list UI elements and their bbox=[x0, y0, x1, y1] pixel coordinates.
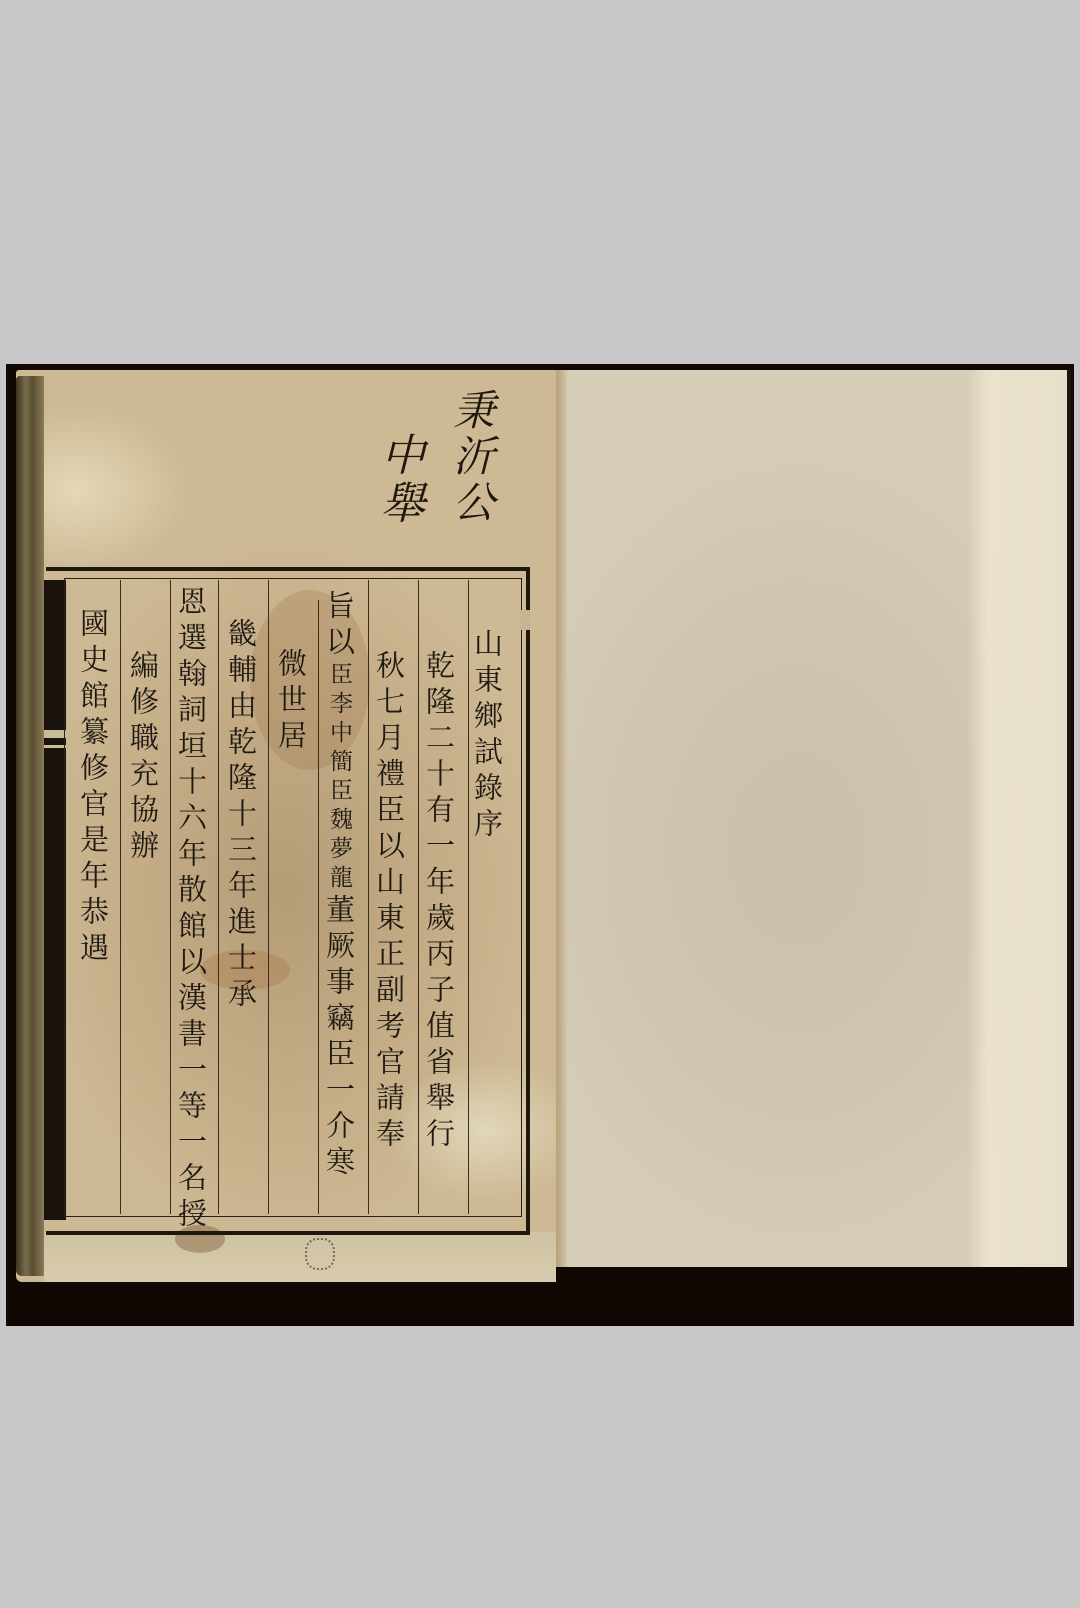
text-column-7: 編修職充協辦 bbox=[128, 650, 157, 866]
official-names: 臣李中簡臣魏夢龍 bbox=[326, 662, 352, 894]
column-rule bbox=[170, 580, 171, 1214]
raised-word: 旨以 bbox=[322, 590, 356, 662]
text-column-5: 畿輔由乾隆十三年進士承 bbox=[226, 618, 255, 1014]
handwritten-inscription: 秉沂公 中舉 bbox=[370, 380, 510, 550]
book-fore-edge bbox=[16, 376, 44, 1276]
worm-hole-mark bbox=[305, 1238, 335, 1270]
column-rule bbox=[318, 600, 319, 1214]
text-column-6: 恩選翰詞垣十六年散館以漢書一等一名授 bbox=[176, 586, 205, 1234]
text-column-3: 旨以臣李中簡臣魏夢龍董厥事竊臣一介寒 bbox=[324, 590, 353, 1182]
column-rule bbox=[120, 580, 121, 1214]
bottom-margin bbox=[44, 1232, 556, 1282]
right-blank-page bbox=[556, 370, 1069, 1267]
preface-title: 山東鄉試錄序 bbox=[472, 628, 501, 844]
text-column-4: 微世居 bbox=[276, 648, 305, 756]
text-column-2: 秋七月禮臣以山東正副考官請奉 bbox=[374, 650, 403, 1154]
text-column-1: 乾隆二十有一年歲丙子值省舉行 bbox=[424, 650, 453, 1154]
column-rule bbox=[268, 580, 269, 1214]
column-rule bbox=[368, 580, 369, 1214]
inscription-col-1: 秉沂公 bbox=[450, 388, 492, 526]
frame-notch bbox=[520, 610, 530, 630]
text-segment: 董厥事竊臣一介寒 bbox=[322, 894, 356, 1182]
text-column-8: 國史館纂修官是年恭遇 bbox=[78, 608, 107, 968]
column-rule bbox=[418, 580, 419, 1214]
column-rule bbox=[218, 580, 219, 1214]
inscription-col-2: 中舉 bbox=[376, 432, 420, 528]
column-rule bbox=[468, 580, 469, 1214]
